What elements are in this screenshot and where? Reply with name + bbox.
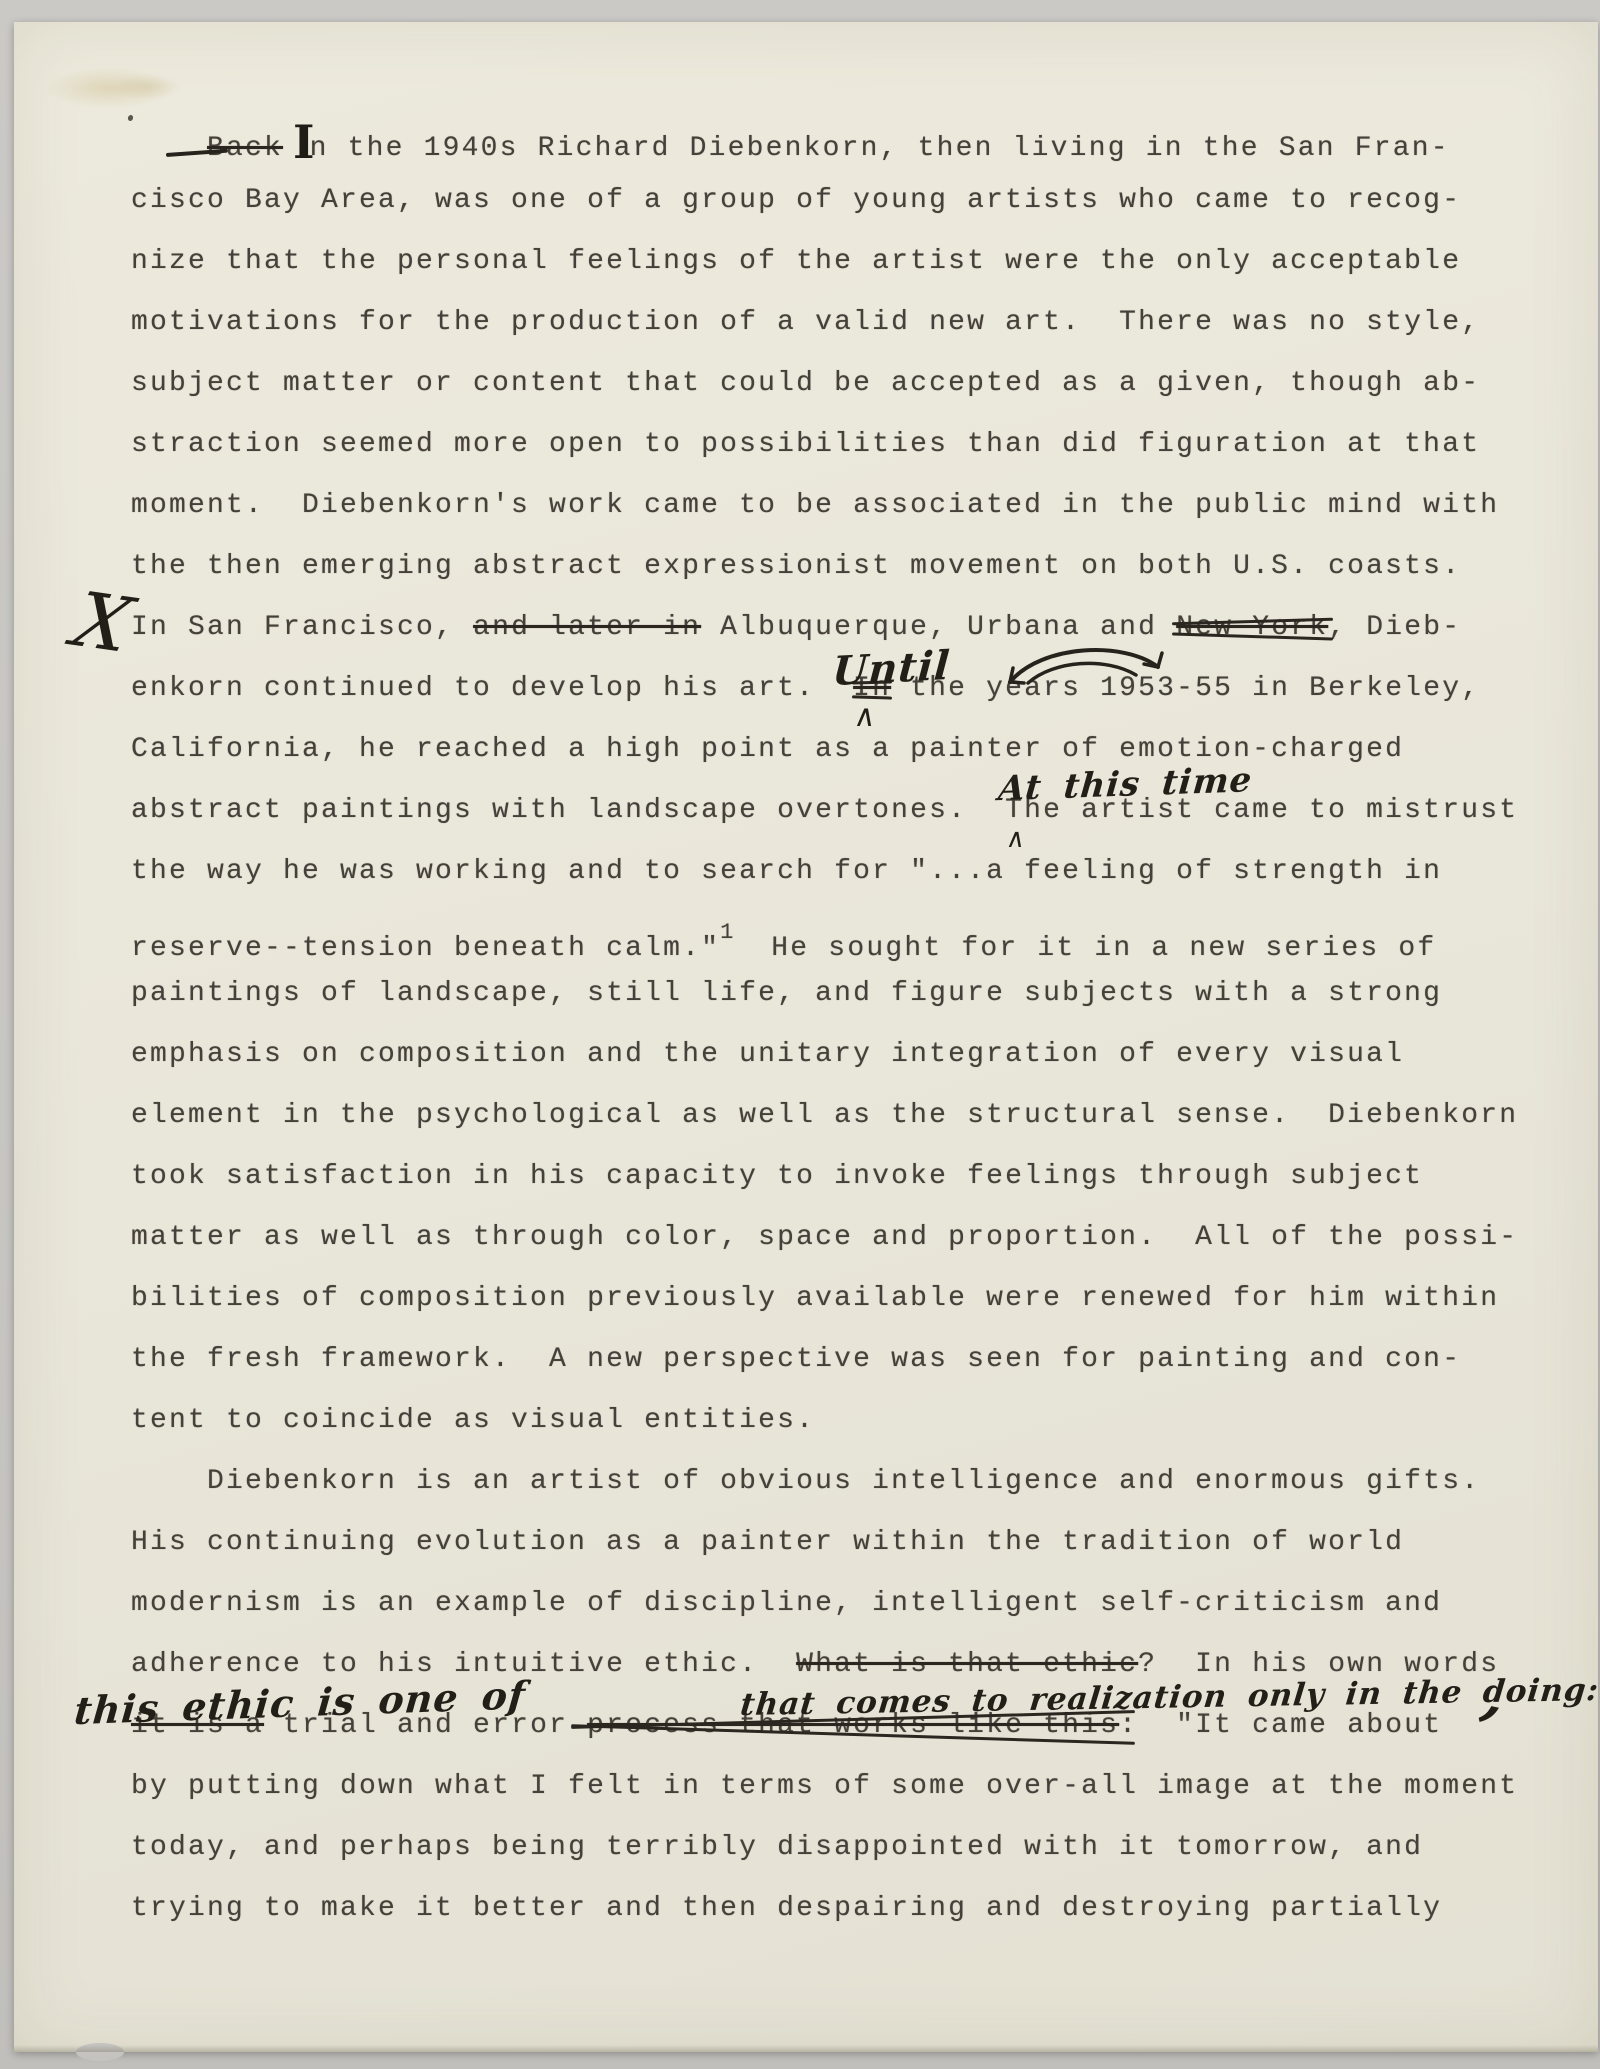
typed-line: tent to coincide as visual entities. [131,1390,1518,1451]
typed-line: Back In the 1940s Richard Diebenkorn, th… [131,109,1518,170]
typed-text: enkorn continued to develop his art. [131,673,853,704]
footnote-ref-1: 1 [720,920,733,945]
typed-text: tent to coincide as visual entities. [131,1405,815,1436]
typed-text: moment. Diebenkorn's work came to be ass… [131,490,1499,521]
handwritten-capital-i: I [293,112,315,173]
typed-text: the years 1953-55 in Berkeley, [891,673,1480,704]
typed-line: bilities of composition previously avail… [131,1268,1518,1329]
typed-text: took satisfaction in his capacity to inv… [131,1161,1423,1192]
typed-text: n the 1940s Richard Diebenkorn, then liv… [310,133,1450,164]
typed-line: nize that the personal feelings of the a… [131,231,1518,292]
typed-line: took satisfaction in his capacity to inv… [131,1146,1518,1207]
typed-line: enkorn continued to develop his art. In … [131,658,1518,719]
typed-text: the way he was working and to search for… [131,856,1442,887]
typed-text: straction seemed more open to possibilit… [131,429,1480,460]
typed-line: In San Francisco, and later in Albuquerq… [131,597,1518,658]
typed-text: trying to make it better and then despai… [131,1893,1442,1924]
typed-text: bilities of composition previously avail… [131,1283,1499,1314]
typed-text: today, and perhaps being terribly disapp… [131,1832,1423,1863]
typed-line: abstract paintings with landscape overto… [131,780,1518,841]
scribbled-new-york: New York [1176,597,1328,658]
paper-stain [112,74,182,100]
typed-line: by putting down what I felt in terms of … [131,1756,1518,1817]
typed-line: Diebenkorn is an artist of obvious intel… [131,1451,1518,1512]
typed-line: the way he was working and to search for… [131,841,1518,902]
typed-line: motivations for the production of a vali… [131,292,1518,353]
typed-text: element in the psychological as well as … [131,1100,1518,1131]
typed-text: nize that the personal feelings of the a… [131,246,1461,277]
typed-text: matter as well as through color, space a… [131,1222,1518,1253]
typed-text: He sought for it in a new series of [733,933,1436,964]
struck-phrase-what-is-that-ethic: What is that ethic [796,1649,1138,1680]
typed-line: today, and perhaps being terribly disapp… [131,1817,1518,1878]
typed-text: trial and error [264,1710,587,1741]
typed-line: trying to make it better and then despai… [131,1878,1518,1939]
typed-text: emphasis on composition and the unitary … [131,1039,1404,1070]
typed-text: Diebenkorn is an artist of obvious intel… [131,1466,1480,1497]
typed-line: California, he reached a high point as a… [131,719,1518,780]
typed-text: , Dieb- [1328,612,1461,643]
typed-line: subject matter or content that could be … [131,353,1518,414]
typed-line: element in the psychological as well as … [131,1085,1518,1146]
typed-text: ? In his own words [1138,1649,1499,1680]
typed-text: by putting down what I felt in terms of … [131,1771,1518,1802]
typed-line: cisco Bay Area, was one of a group of yo… [131,170,1518,231]
struck-phrase-and-later-in: and later in [473,612,701,643]
typed-line: paintings of landscape, still life, and … [131,963,1518,1024]
typed-text: abstract paintings with landscape overto… [131,795,1518,826]
struck-word-back: Back [207,133,283,164]
typed-line: the fresh framework. A new perspective w… [131,1329,1518,1390]
typed-text: California, he reached a high point as a… [131,734,1404,765]
typed-text: paintings of landscape, still life, and … [131,978,1442,1009]
typed-text: adherence to his intuitive ethic. [131,1649,796,1680]
typed-text: Albuquerque, Urbana and [701,612,1176,643]
typed-text: subject matter or content that could be … [131,368,1480,399]
typed-text: modernism is an example of discipline, i… [131,1588,1442,1619]
typed-line: emphasis on composition and the unitary … [131,1024,1518,1085]
typed-line: reserve--tension beneath calm."1 He soug… [131,902,1518,963]
typed-text: reserve--tension beneath calm." [131,933,720,964]
typed-line: matter as well as through color, space a… [131,1207,1518,1268]
typed-text: : "It came about [1119,1710,1442,1741]
typed-text: motivations for the production of a vali… [131,307,1480,338]
typed-line: it is a trial and error process that wor… [131,1695,1518,1756]
typed-line: straction seemed more open to possibilit… [131,414,1518,475]
scribbled-process-phrase: process that works like this [587,1695,1119,1756]
typed-text: the then emerging abstract expressionist… [131,551,1461,582]
typed-text [131,133,207,164]
document-photo: { "page": { "backdrop_color": "#c6c5c2",… [0,0,1600,2069]
typed-text: the fresh framework. A new perspective w… [131,1344,1461,1375]
scribbled-in: In [853,658,891,719]
typed-line: His continuing evolution as a painter wi… [131,1512,1518,1573]
typed-text-block: Back In the 1940s Richard Diebenkorn, th… [131,109,1518,1939]
typed-line: adherence to his intuitive ethic. What i… [131,1634,1518,1695]
struck-phrase-it-is-a: it is a [131,1710,264,1741]
typed-line: modernism is an example of discipline, i… [131,1573,1518,1634]
typed-text: In San Francisco, [131,612,473,643]
typed-text: cisco Bay Area, was one of a group of yo… [131,185,1461,216]
typed-line: moment. Diebenkorn's work came to be ass… [131,475,1518,536]
typed-line: the then emerging abstract expressionist… [131,536,1518,597]
typed-text: His continuing evolution as a painter wi… [131,1527,1404,1558]
paper-edge-notch [76,2043,124,2061]
